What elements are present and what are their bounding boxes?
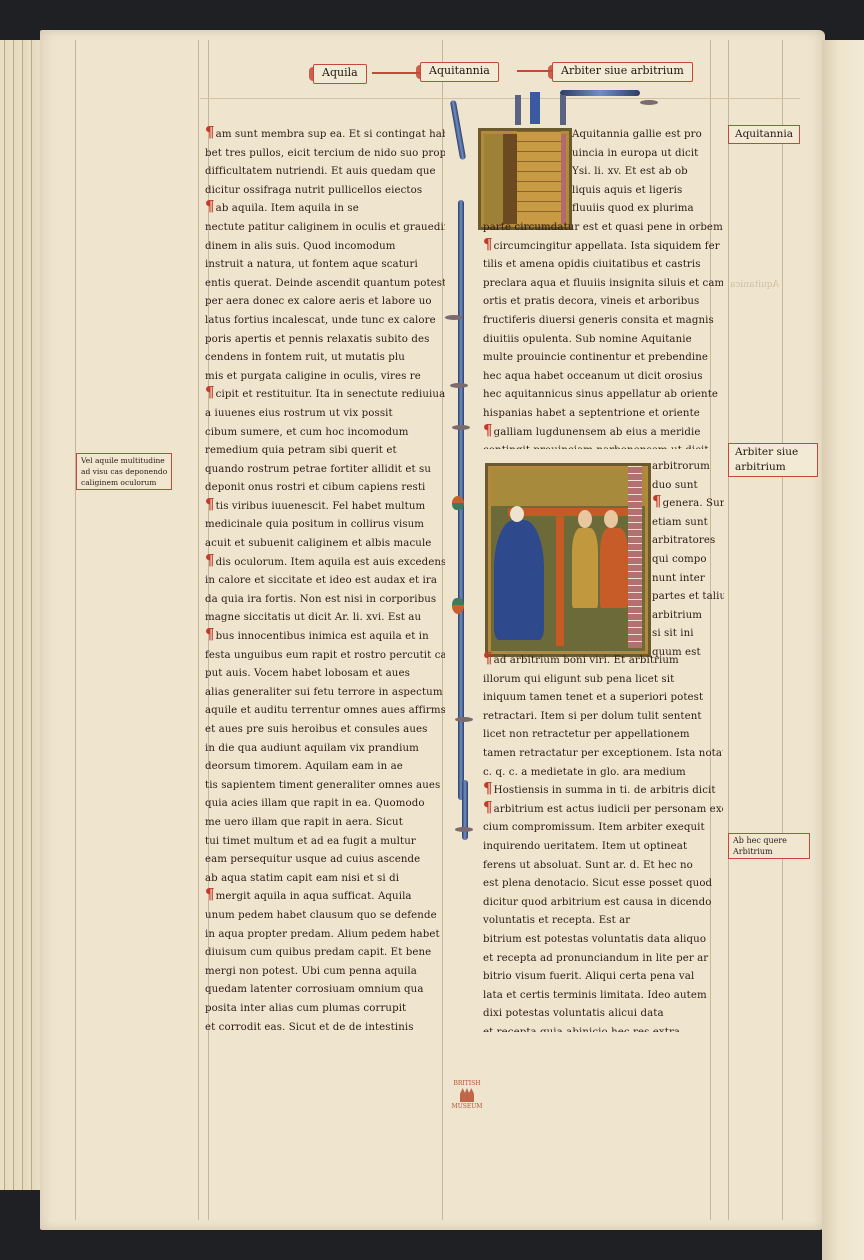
judge-head [510, 506, 524, 522]
text-line: tamen retractatur per exceptionem. Ista … [483, 745, 723, 764]
tower-spire-icon [560, 95, 566, 125]
text-line: ferens ut absoluat. Sunt ar. d. Et hec n… [483, 857, 723, 876]
text-line: bet tres pullos, eicit tercium de nido s… [205, 145, 445, 164]
text-line: arbitratores [652, 532, 724, 551]
guard-head [604, 510, 618, 528]
text-line: difficultatem nutriendi. Et auis quedam … [205, 163, 445, 182]
judge-figure [494, 520, 544, 640]
text-line: da quia ira fortis. Non est nisi in corp… [205, 591, 445, 610]
margin-heading-arbiter: Arbiter siue arbitrium [728, 443, 818, 477]
text-line: et aues pre suis heroibus et consules au… [205, 721, 445, 740]
text-line: hispanias habet a septentrione et orient… [483, 405, 723, 424]
prisoner-figure [572, 528, 598, 608]
rubricated-capital: ¶ [483, 238, 493, 250]
text-line: ¶am sunt membra sup ea. Et si contingat … [205, 126, 445, 145]
show-through-text: Aquitanica [730, 280, 779, 290]
ivy-leaf-icon [640, 100, 658, 105]
text-line: contingit prouinciam narbonensem ut dici… [483, 442, 723, 449]
rubricated-capital: ¶ [652, 495, 662, 507]
text-line: uincia in europa ut dicit [572, 144, 722, 163]
castle-wall [517, 131, 561, 221]
text-line: entis querat. Deinde ascendit quantum po… [205, 275, 445, 294]
rubricated-capital: ¶ [205, 386, 215, 398]
text-line: dicitur ossifraga nutrit pullicellos eie… [205, 182, 445, 201]
text-line: latus fortius incalescat, unde tunc ex c… [205, 312, 445, 331]
text-line: ¶cipit et restituitur. Ita in senectute … [205, 386, 445, 405]
ruling-line [200, 98, 800, 99]
text-line: Aquitannia gallie est pro [572, 125, 722, 144]
text-line: magne siccitatis ut dicit Ar. li. xvi. E… [205, 609, 445, 628]
text-line: medicinale quia positum in collirus visu… [205, 516, 445, 535]
text-line: retractari. Item si per dolum tulit sent… [483, 708, 723, 727]
text-line: hec aqua habet occeanum ut dicit orosius [483, 368, 723, 387]
ivy-leaf-icon [455, 827, 473, 832]
text-line: ¶bus innocentibus inimica est aquila et … [205, 628, 445, 647]
text-line: preclara aqua et fluuiis insignita silui… [483, 275, 723, 294]
rubricated-capital: ¶ [205, 126, 215, 138]
text-line: ¶tis viribus iuuenescit. Fel habet multu… [205, 498, 445, 517]
note-line: Vel aquile multitudine [81, 455, 167, 466]
rubricated-capital: ¶ [483, 801, 493, 813]
text-line: ¶galliam lugdunensem ab eius a meridie [483, 424, 723, 443]
text-line: fructiferis diuersi generis consita et m… [483, 312, 723, 331]
text-line: arbitrium [652, 607, 724, 626]
ivy-leaf-icon [445, 315, 463, 320]
text-line: poris apertis et pennis relaxatis subito… [205, 331, 445, 350]
text-line: in die qua audiunt aquilam vix prandium [205, 740, 445, 759]
text-line: c. q. c. a medietate in glo. ara medium [483, 764, 723, 783]
text-line: quedam latenter corrosiuam omnium qua [205, 981, 445, 1000]
text-line: ortis et pratis decora, vineis et arbori… [483, 293, 723, 312]
text-line: cendens in fontem ruit, ut mutatis plu [205, 349, 445, 368]
text-line: a iuuenes eius rostrum ut vix possit [205, 405, 445, 424]
text-line: partes et talium [652, 588, 724, 607]
ivy-leaf-icon [452, 425, 470, 430]
text-line: illorum qui eligunt sub pena licet sit [483, 671, 723, 690]
text-line: si sit ini [652, 625, 724, 644]
text-line: Ysi. li. xv. Et est ab ob [572, 162, 722, 181]
acorn-icon [452, 496, 464, 510]
stamp-bottom-text: MUSEUM [450, 1103, 484, 1110]
text-line: deorsum timorem. Aquilam eam in ae [205, 758, 445, 777]
text-line: dixi potestas voluntatis alicui data [483, 1005, 723, 1024]
text-line: ¶circumcingitur appellata. Ista siquidem… [483, 238, 723, 257]
text-line: diuitiis opulenta. Sub nomine Aquitanie [483, 331, 723, 350]
text-line: et recepta quia abinicio hec res extra [483, 1024, 723, 1032]
margin-note-arbitrium: Ab hec quere Arbitrium [728, 833, 810, 859]
rubricated-capital: ¶ [205, 888, 215, 900]
text-line: ¶Hostiensis in summa in ti. de arbitris … [483, 782, 723, 801]
text-line: ¶ad arbitrium boni viri. Et arbitrium [483, 652, 723, 671]
text-line: mis et purgata caligine in oculis, vires… [205, 368, 445, 387]
text-line: festa unguibus eum rapit et rostro percu… [205, 647, 445, 666]
tower-spire-icon [515, 95, 521, 125]
rubricated-capital: ¶ [483, 424, 493, 436]
margin-heading-aquitannia: Aquitannia [728, 125, 800, 144]
text-line: bitrio visum fuerit. Aliqui certa pena v… [483, 968, 723, 987]
prisoner-head [578, 510, 592, 528]
text-line: instruit a natura, ut fontem aque scatur… [205, 256, 445, 275]
text-line: inquirendo ueritatem. Item ut optineat [483, 838, 723, 857]
text-line: tilis et amena opidis ciuitatibus et cas… [483, 256, 723, 275]
acorn-icon [452, 598, 464, 614]
ruling-line [782, 40, 783, 1220]
page-edges-stack [0, 40, 42, 1190]
text-line: et corrodit eas. Sicut et de de intestin… [205, 1019, 445, 1037]
ruling-line [728, 40, 729, 1220]
text-line: eam persequitur usque ad cuius ascende [205, 851, 445, 870]
text-line: unum pedem habet clausum quo se defende [205, 907, 445, 926]
historiated-initial-aquitannia [478, 128, 572, 230]
text-line: remedium quia petram sibi querit et [205, 442, 445, 461]
text-line: qui compo [652, 551, 724, 570]
text-line: duo sunt [652, 477, 724, 496]
ivy-leaf-icon [455, 717, 473, 722]
miniature-arbitration-scene [485, 463, 651, 657]
text-line: dicitur quod arbitrium est causa in dice… [483, 894, 723, 913]
text-line: aquile et auditu terrentur omnes aues af… [205, 702, 445, 721]
page-gutter [822, 40, 864, 1260]
text-line: ¶genera. Sunt [652, 495, 724, 514]
text-line: nunt inter [652, 570, 724, 589]
text-line: cibum sumere, et cum hoc incomodum [205, 424, 445, 443]
stamp-top-text: BRITISH [450, 1080, 484, 1087]
text-column-right-middle: parte circumdatur est et quasi pene in o… [483, 219, 723, 449]
text-line: per aera donec ex calore aeris et labore… [205, 293, 445, 312]
text-line: et recepta ad pronunciandum in lite per … [483, 950, 723, 969]
text-line: mergi non potest. Ubi cum penna aquila [205, 963, 445, 982]
text-line: licet non retractetur per appellationem [483, 726, 723, 745]
text-column-right-lower: ¶ad arbitrium boni viri. Et arbitriumill… [483, 652, 723, 1032]
text-column-left: ¶am sunt membra sup ea. Et si contingat … [205, 126, 445, 1036]
text-line: ¶dis oculorum. Item aquila est auis exce… [205, 554, 445, 573]
text-line: posita inter alias cum plumas corrupit [205, 1000, 445, 1019]
banner-connector [372, 72, 422, 74]
text-line: tui timet multum et ad ea fugit a multur [205, 833, 445, 852]
text-line: est plena denotacio. Sicut esse posset q… [483, 875, 723, 894]
running-head-arbiter: Arbiter siue arbitrium [552, 62, 693, 82]
guard-figure [600, 528, 628, 608]
text-line: cium compromissum. Item arbiter exequit [483, 819, 723, 838]
text-line: lata et certis terminis limitata. Ideo a… [483, 987, 723, 1006]
ruling-line [75, 40, 76, 1220]
text-line: nectute patitur caliginem in oculis et g… [205, 219, 445, 238]
text-line: ab aqua statim capit eam nisi et si di [205, 870, 445, 889]
running-head-aquila: Aquila [313, 64, 367, 84]
text-line: in aqua propter predam. Alium pedem habe… [205, 926, 445, 945]
frame-column [628, 466, 642, 648]
text-line: fluuiis quod ex plurima [572, 199, 722, 218]
marginal-note-left: Vel aquile multitudine ad visu cas depon… [76, 453, 172, 490]
text-line: bitrium est potestas voluntatis data ali… [483, 931, 723, 950]
text-line: etiam sunt [652, 514, 724, 533]
crown-icon [460, 1088, 474, 1102]
note-line: ad visu cas deponendo [81, 466, 167, 477]
text-line: arbitrorum [652, 458, 724, 477]
rubricated-capital: ¶ [483, 782, 493, 794]
tower-spire-icon [530, 92, 540, 124]
ruling-line [198, 40, 199, 1220]
gallows-beam [508, 508, 638, 516]
text-line: hec aquitannicus sinus appellatur ab ori… [483, 386, 723, 405]
text-line: in calore et siccitate et ideo est audax… [205, 572, 445, 591]
text-line: diuisum cum quibus predam capit. Et bene [205, 944, 445, 963]
ivy-leaf-icon [450, 383, 468, 388]
running-head-aquitannia: Aquitannia [420, 62, 499, 82]
text-line: quando rostrum petrae fortiter allidit e… [205, 461, 445, 480]
border-vine [560, 90, 640, 96]
text-line: dinem in alis suis. Quod incomodum [205, 238, 445, 257]
text-line: alias generaliter sui fetu terrore in as… [205, 684, 445, 703]
banner-connector [517, 70, 552, 72]
rubricated-capital: ¶ [483, 652, 493, 664]
rubricated-capital: ¶ [205, 628, 215, 640]
rubricated-capital: ¶ [205, 498, 215, 510]
british-museum-stamp: BRITISH MUSEUM [450, 1080, 484, 1114]
rubricated-capital: ¶ [205, 554, 215, 566]
text-line: liquis aquis et ligeris [572, 181, 722, 200]
text-line: put auis. Vocem habet lobosam et aues [205, 665, 445, 684]
text-line: ¶ab aquila. Item aquila in se [205, 200, 445, 219]
text-line: iniquum tamen tenet et a superiori potes… [483, 689, 723, 708]
text-line: voluntatis et recepta. Est ar [483, 912, 723, 931]
text-line: ¶arbitrium est actus iudicii per persona… [483, 801, 723, 820]
text-line: me uero illam que rapit in aera. Sicut [205, 814, 445, 833]
text-line: multe prouincie continentur et prebendin… [483, 349, 723, 368]
rubricated-capital: ¶ [205, 200, 215, 212]
text-column-right-upper: Aquitannia gallie est prouincia in europ… [572, 125, 722, 220]
text-line: deponit onus rostri et cibum capiens res… [205, 479, 445, 498]
note-line: caliginem oculorum [81, 477, 167, 488]
text-column-beside-miniature: arbitrorumduo sunt¶genera. Suntetiam sun… [652, 458, 724, 658]
text-line: parte circumdatur est et quasi pene in o… [483, 219, 723, 238]
text-line: ¶mergit aquila in aqua sufficat. Aquila [205, 888, 445, 907]
text-line: tis sapientem timent generaliter omnes a… [205, 777, 445, 796]
gallows-post [556, 516, 564, 646]
text-line: acuit et subuenit caliginem et albis mac… [205, 535, 445, 554]
text-line: quia acies illam que rapit in ea. Quomod… [205, 795, 445, 814]
